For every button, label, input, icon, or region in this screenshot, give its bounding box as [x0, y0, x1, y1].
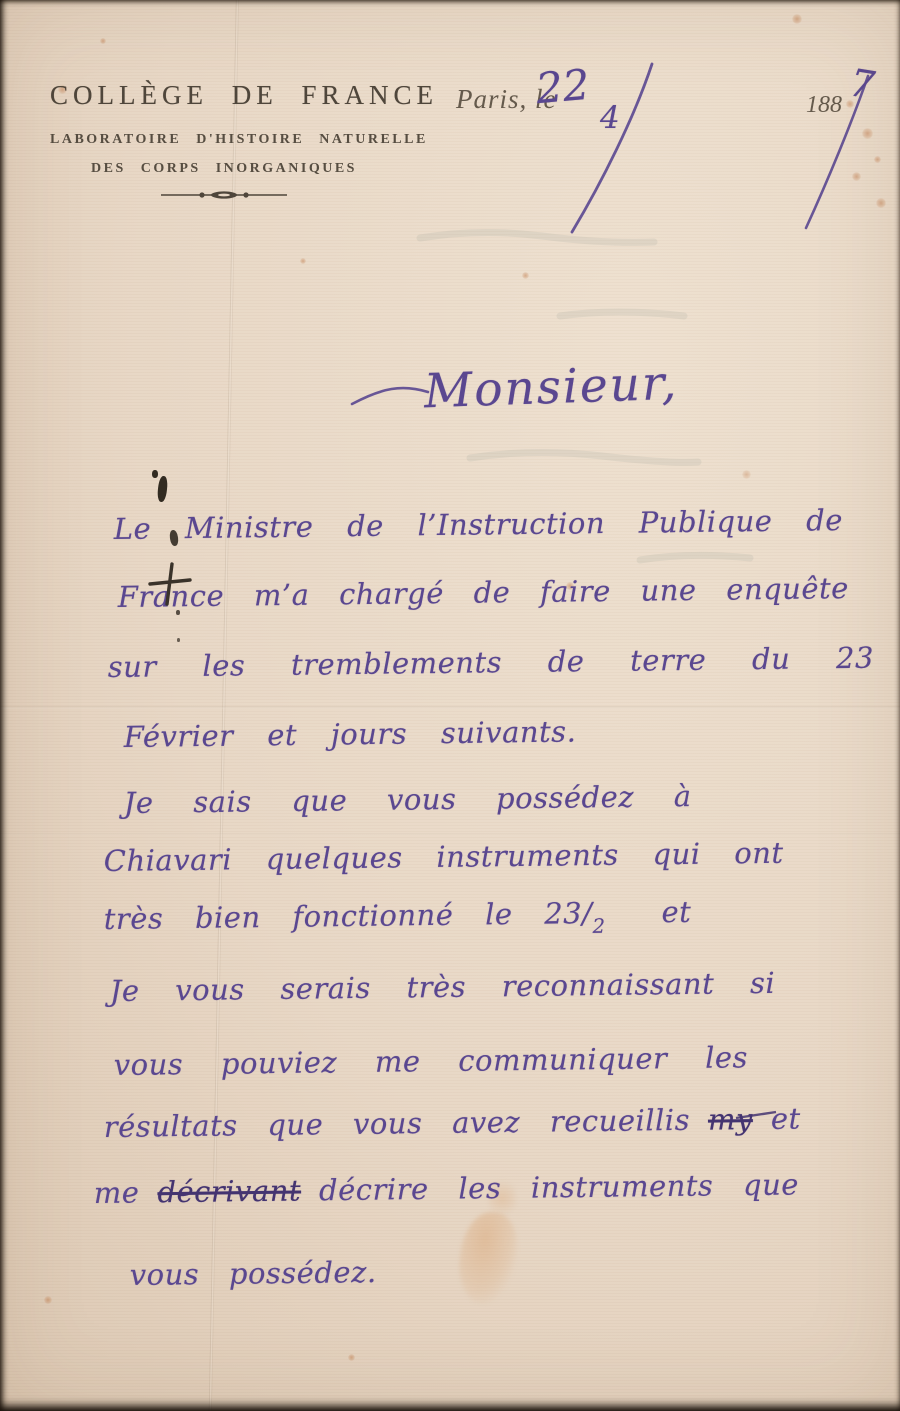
foxing-spot [348, 1354, 355, 1361]
institution-name: COLLÈGE DE FRANCE [50, 80, 398, 111]
letter-line: Je sais que vous possédez à [124, 779, 692, 820]
letter-line: Février et jours suivants. [124, 714, 577, 754]
foxing-spot [522, 272, 529, 279]
verso-show-through [640, 555, 750, 560]
salutation-flourish [352, 388, 428, 404]
letter-line: vous possédez. [130, 1255, 377, 1292]
foxing-spot [100, 38, 106, 44]
handwritten-day: 22 [534, 60, 592, 113]
letter-line: très bien fonctionné le 23/2et [103, 895, 691, 944]
ink-blot [152, 470, 158, 478]
ink-blot [177, 638, 180, 642]
fraction-denominator: 2 [592, 915, 605, 938]
foxing-spot [852, 172, 861, 181]
foxing-spot [300, 258, 306, 264]
verso-show-through [420, 232, 654, 242]
laboratory-name-line1: LABORATOIRE D'HISTOIRE NATURELLE [50, 132, 398, 148]
foxing-spot [742, 470, 751, 479]
letterhead: COLLÈGE DE FRANCE LABORATOIRE D'HISTOIRE… [50, 80, 398, 206]
crossed-out-word: my [708, 1102, 753, 1137]
laboratory-name-line2: DES CORPS INORGANIQUES [50, 161, 398, 177]
verso-show-through [470, 452, 698, 462]
foxing-spot [792, 14, 802, 24]
letter-line: medécrivantdécrire les instruments que [94, 1167, 800, 1210]
foxing-spot [44, 1296, 52, 1304]
handwritten-year-digit: 7 [847, 60, 878, 107]
salutation: Monsieur, [423, 356, 679, 420]
ornamental-divider [159, 189, 289, 201]
letter-line: vous pouviez me communiquer les [114, 1040, 749, 1082]
letter-line: Je vous serais très reconnaissant si [110, 966, 776, 1008]
foxing-spot [876, 198, 886, 208]
verso-show-through [560, 312, 684, 316]
letter-page: COLLÈGE DE FRANCE LABORATOIRE D'HISTOIRE… [0, 0, 900, 1411]
horizontal-fold-crease [0, 833, 900, 835]
paper-stain [454, 1209, 522, 1308]
crossed-out-word: décrivant [157, 1173, 301, 1209]
letter-line: Chiavari quelques instruments qui ont [104, 836, 784, 878]
letter-line: Le Ministre de l’Instruction Publique de [114, 503, 844, 546]
printed-year-prefix: 188 [806, 92, 842, 119]
foxing-spot [862, 128, 873, 139]
horizontal-fold-crease [0, 706, 900, 709]
letter-line: résultats que vous avez recueillismyet [104, 1101, 801, 1144]
ink-blot [157, 476, 169, 503]
handwritten-month: 4 [600, 100, 620, 136]
foxing-spot [874, 156, 881, 163]
